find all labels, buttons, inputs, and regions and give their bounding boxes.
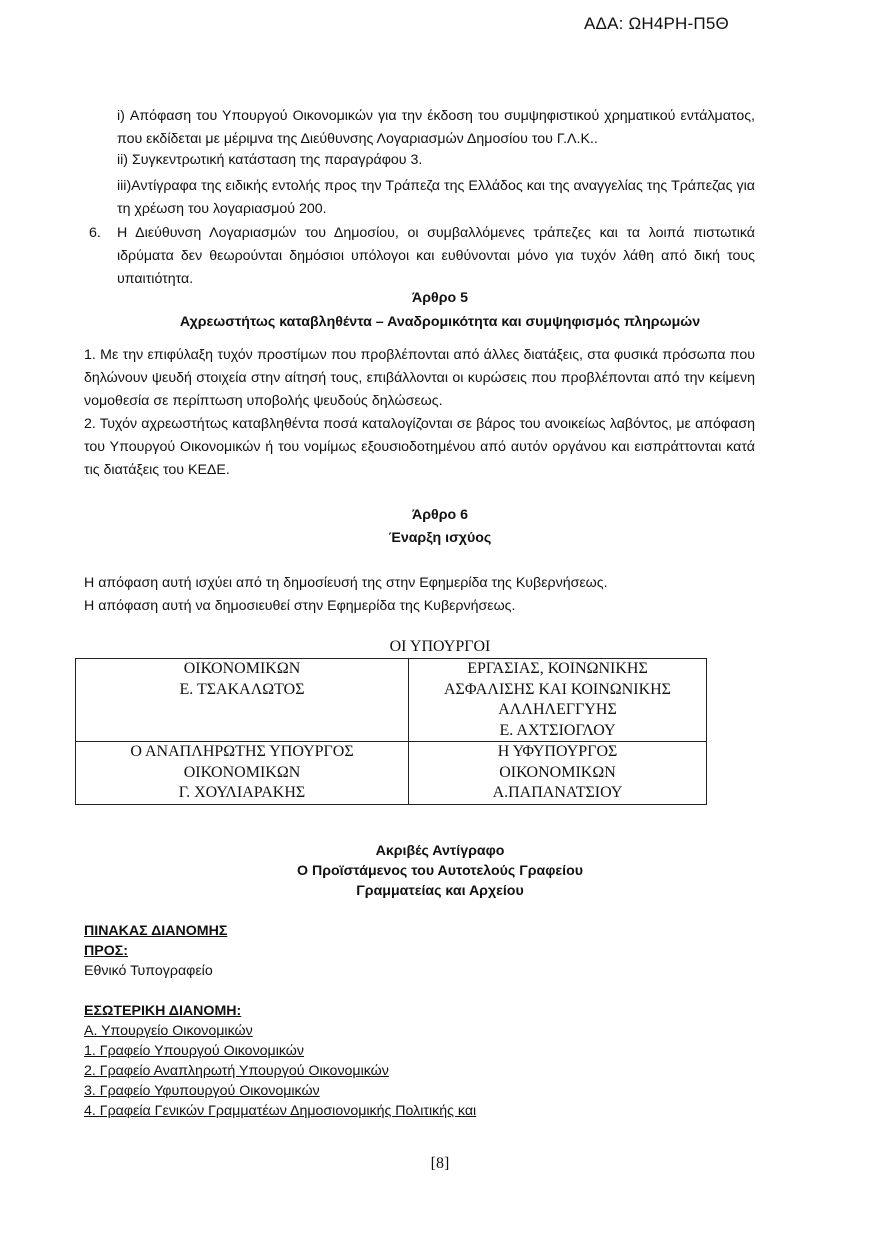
article6-line-1: Η απόφαση αυτή ισχύει από τη δημοσίευσή … — [84, 575, 608, 591]
minister-title: Ο ΑΝΑΠΛΗΡΩΤΗΣ ΥΠΟΥΡΓΟΣ — [76, 742, 408, 763]
distribution-title: ΠΙΝΑΚΑΣ ΔΙΑΝΟΜΗΣ — [84, 921, 476, 941]
distribution-to-label: ΠΡΟΣ: — [84, 941, 476, 961]
internal-distribution-label: ΕΣΩΤΕΡΙΚΗ ΔΙΑΝΟΜΗ: — [84, 1001, 476, 1021]
minister-cell-deputy-finance: Η ΥΦΥΠΟΥΡΓΟΣ ΟΙΚΟΝΟΜΙΚΩΝ Α.ΠΑΠΑΝΑΤΣΙΟΥ — [409, 742, 707, 805]
article5-paragraph-2: 2. Τυχόν αχρεωστήτως καταβληθέντα ποσά κ… — [84, 413, 755, 482]
minister-ministry: ΑΣΦΑΛΙΣΗΣ ΚΑΙ ΚΟΙΝΩΝΙΚΗΣ — [409, 680, 706, 701]
ministers-row: ΟΙΚΟΝΟΜΙΚΩΝ Ε. ΤΣΑΚΑΛΩΤΟΣ ΕΡΓΑΣΙΑΣ, ΚΟΙΝ… — [76, 659, 707, 742]
minister-cell-finance: ΟΙΚΟΝΟΜΙΚΩΝ Ε. ΤΣΑΚΑΛΩΤΟΣ — [76, 659, 409, 742]
internal-distribution-item: 3. Γραφείο Υφυπουργού Οικονομικών — [84, 1081, 476, 1101]
minister-ministry: ΑΛΛΗΛΕΓΓΥΗΣ — [409, 700, 706, 721]
sub-item-i: i) Απόφαση του Υπουργού Οικονομικών για … — [117, 105, 755, 151]
certified-copy-line-1: Ακριβές Αντίγραφο — [0, 843, 880, 859]
certified-copy-line-2: Ο Προϊστάμενος του Αυτοτελούς Γραφείου — [0, 863, 880, 879]
sub-item-iii: iii)Αντίγραφα της ειδικής εντολής προς τ… — [117, 175, 755, 221]
certified-copy-line-3: Γραμματείας και Αρχείου — [0, 883, 880, 899]
article5-title: Αχρεωστήτως καταβληθέντα – Αναδρομικότητ… — [0, 314, 880, 330]
minister-name: Α.ΠΑΠΑΝΑΤΣΙΟΥ — [409, 783, 706, 804]
article6-line-2: Η απόφαση αυτή να δημοσιευθεί στην Εφημε… — [84, 598, 515, 614]
minister-ministry: ΟΙΚΟΝΟΜΙΚΩΝ — [409, 763, 706, 784]
minister-name: Ε. ΑΧΤΣΙΟΓΛΟΥ — [409, 721, 706, 742]
item6-text: Η Διεύθυνση Λογαριασμών του Δημοσίου, οι… — [117, 222, 755, 291]
ministers-signature-table: ΟΙΚΟΝΟΜΙΚΩΝ Ε. ΤΣΑΚΑΛΩΤΟΣ ΕΡΓΑΣΙΑΣ, ΚΟΙΝ… — [75, 658, 707, 805]
article5-paragraph-1: 1. Με την επιφύλαξη τυχόν προστίμων που … — [84, 344, 755, 413]
item6-number: 6. — [89, 222, 101, 245]
ada-code: ΑΔΑ: ΩΗ4ΡΗ-Π5Θ — [584, 14, 729, 34]
ministers-row: Ο ΑΝΑΠΛΗΡΩΤΗΣ ΥΠΟΥΡΓΟΣ ΟΙΚΟΝΟΜΙΚΩΝ Γ. ΧΟ… — [76, 742, 707, 805]
minister-ministry: ΕΡΓΑΣΙΑΣ, ΚΟΙΝΩΝΙΚΗΣ — [409, 659, 706, 680]
internal-distribution-item: Α. Υπουργείο Οικονομικών — [84, 1021, 476, 1041]
sub-item-ii: ii) Συγκεντρωτική κατάσταση της παραγράφ… — [117, 152, 422, 168]
minister-cell-labour: ΕΡΓΑΣΙΑΣ, ΚΟΙΝΩΝΙΚΗΣ ΑΣΦΑΛΙΣΗΣ ΚΑΙ ΚΟΙΝΩ… — [409, 659, 707, 742]
article6-title: Έναρξη ισχύος — [0, 530, 880, 546]
internal-distribution-item: 4. Γραφεία Γενικών Γραμματέων Δημοσιονομ… — [84, 1101, 476, 1121]
distribution-table: ΠΙΝΑΚΑΣ ΔΙΑΝΟΜΗΣ ΠΡΟΣ: Εθνικό Τυπογραφεί… — [84, 921, 476, 1121]
distribution-to-item: Εθνικό Τυπογραφείο — [84, 961, 476, 981]
minister-name: Γ. ΧΟΥΛΙΑΡΑΚΗΣ — [76, 783, 408, 804]
internal-distribution-item: 2. Γραφείο Αναπληρωτή Υπουργού Οικονομικ… — [84, 1061, 476, 1081]
minister-ministry: ΟΙΚΟΝΟΜΙΚΩΝ — [76, 763, 408, 784]
minister-cell-alternate-finance: Ο ΑΝΑΠΛΗΡΩΤΗΣ ΥΠΟΥΡΓΟΣ ΟΙΚΟΝΟΜΙΚΩΝ Γ. ΧΟ… — [76, 742, 409, 805]
minister-name: Ε. ΤΣΑΚΑΛΩΤΟΣ — [76, 680, 408, 701]
article5-heading: Άρθρο 5 — [0, 290, 880, 306]
minister-title: Η ΥΦΥΠΟΥΡΓΟΣ — [409, 742, 706, 763]
article6-heading: Άρθρο 6 — [0, 507, 880, 523]
internal-distribution-item: 1. Γραφείο Υπουργού Οικονομικών — [84, 1041, 476, 1061]
ministers-title: ΟΙ ΥΠΟΥΡΓΟΙ — [0, 638, 880, 656]
minister-ministry: ΟΙΚΟΝΟΜΙΚΩΝ — [76, 659, 408, 680]
page-number: [8] — [0, 1155, 880, 1173]
